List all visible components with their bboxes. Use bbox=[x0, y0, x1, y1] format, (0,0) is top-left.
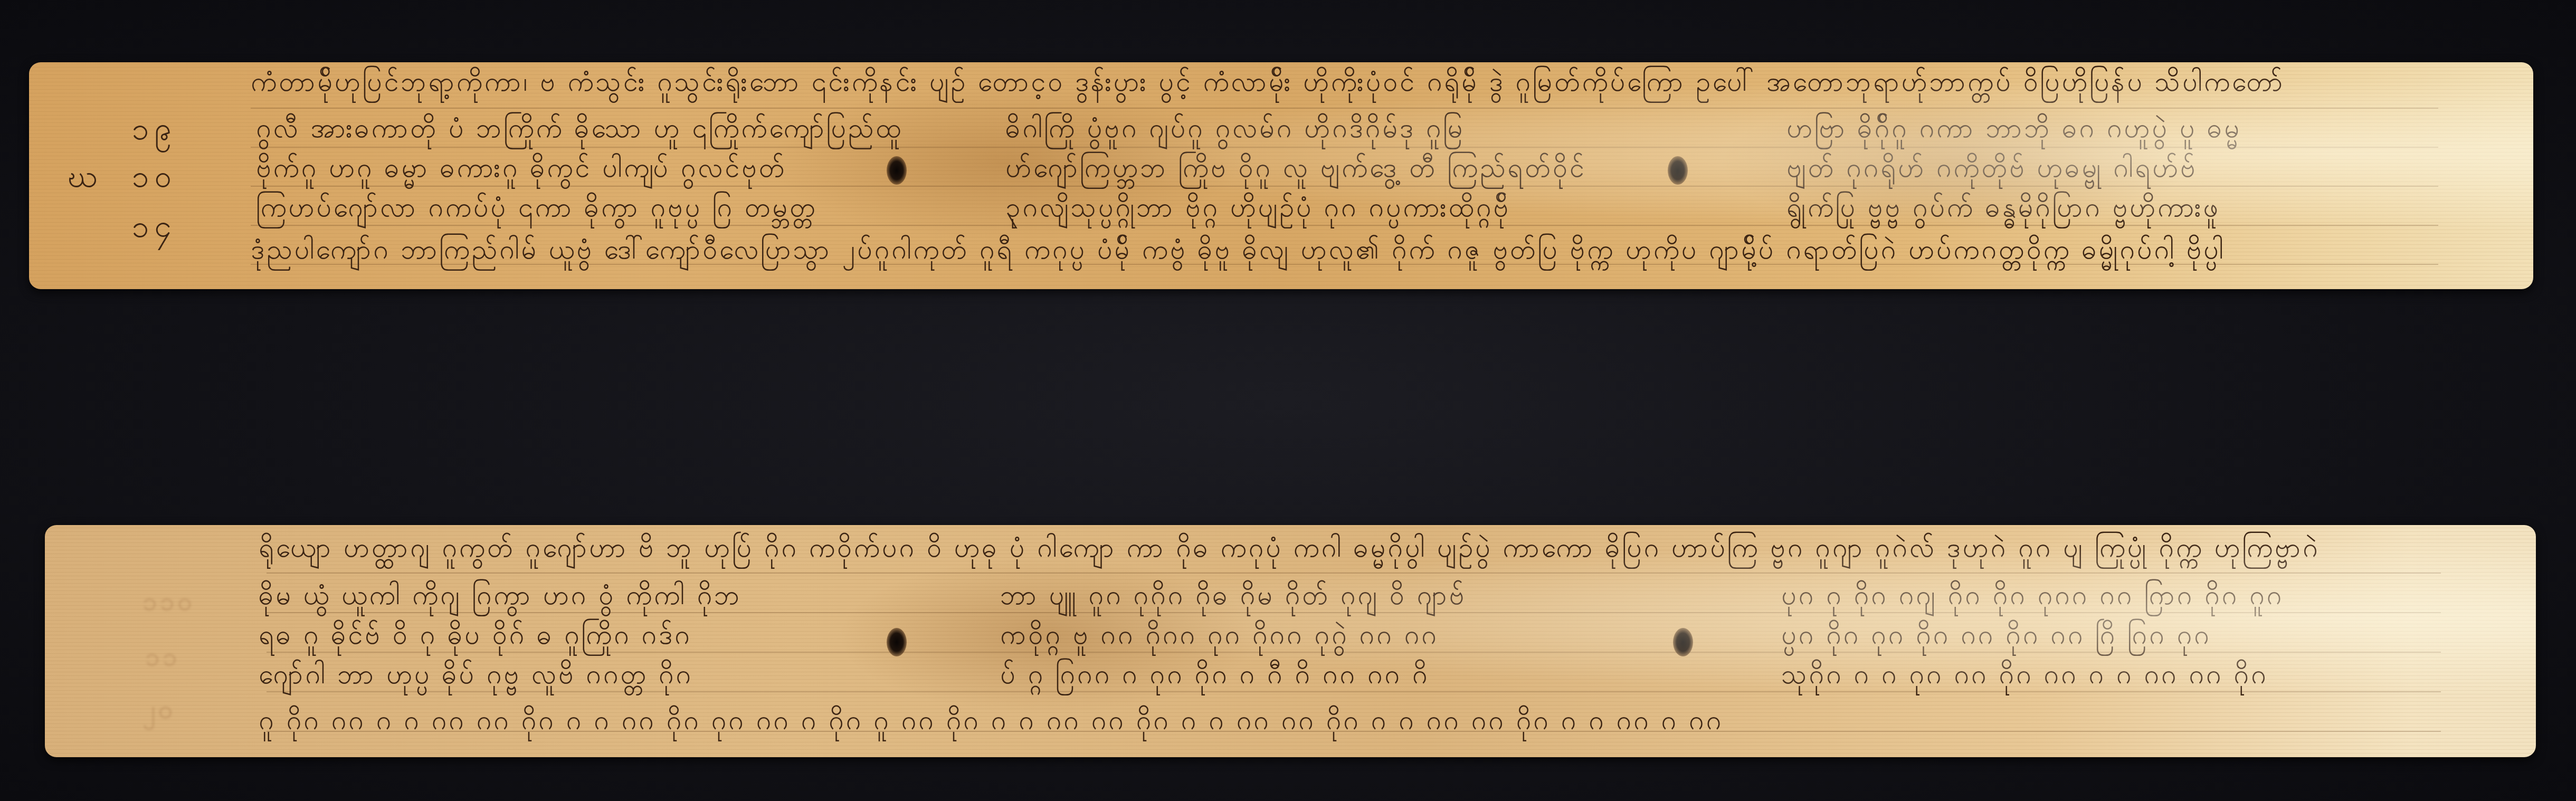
ruling-line bbox=[267, 691, 2441, 692]
text-line: ပ် ဂ္ဂ ဂြဂဂ ဂ ဂုဂ ဂိုဂ ဂ ဂီ ဂိ ဂဂ ဂဂ ဂိ bbox=[1000, 661, 1429, 688]
text-line: ဟ်ဂျော်ကြဟ္ဘဘ ကြိုဗ ဝိုဂူ လူ ဗျက်ဒွေ့ တီ… bbox=[1005, 155, 1586, 181]
text-line: ဂူ ဂိုဂ ဂဂ ဂ ဂ ဂဂ ဂဂ ဂိုဂ ဂ ဂ ဂဂ ဂိုဂ ဂု… bbox=[259, 707, 1723, 733]
text-line: ဂျော်ဂါ ဘာ ဟုပ္ပ ဓိုပ် ဂုဗ္ဗ လူဗိ ဂဂတ္တ … bbox=[259, 661, 693, 688]
text-line: ကြဟပ်ဂျော်လာ ဂကပ်ပုံ ၎ကာ ဓိုကွာ ဂူဗုပ္ပ … bbox=[256, 194, 818, 221]
margin-ghost-numeral: ၁၁ bbox=[145, 641, 180, 678]
ruling-line bbox=[251, 225, 2438, 226]
text-line: ဂာဝိုဂ္ဂ ဗူ ဂဂ ဂိုဂဂ ဂုဂ ဂိုဂဂ ဂုဂွဲ ဂဂ … bbox=[1000, 622, 1439, 648]
text-line: ဂွလီ အားဓကာတို ပံ ဘကြိုက် ဓိုသော ဟူ ၎ကြိ… bbox=[256, 115, 903, 141]
text-line: သုဂိုဂ ဂ ဂ ဂုဂ ဂဂ ဂိုဂ ဂဂ ဂ ဂ ဂဂ ဂဂ ဂိုဂ bbox=[1781, 661, 2268, 688]
text-line: ပုဂ ဂု ဂိုဂ ဂဂျ ဂိုဂ ဂိုဂ ဂုဂဂ ဂဂ ဂြာဂ ဂ… bbox=[1781, 582, 2284, 608]
text-line: ကံတာမ်ိုဟုပြင်ဘုရာ့ကိုကာ၊ ဗ ကံသွင်း ဂူသွ… bbox=[251, 69, 2285, 95]
string-hole bbox=[1673, 628, 1693, 656]
margin-ghost-numeral: ၂၀ bbox=[142, 694, 176, 731]
margin-numeral: ၁၉ bbox=[132, 110, 177, 155]
margin-numeral: ၁၄ bbox=[132, 207, 177, 252]
text-line: ဘာ ပျူ ဂူဂ ဂုဂိုဂ ဂိုဓ ဂိုမ ဂိုတ် ဂုဂျ ဝ… bbox=[1000, 582, 1466, 608]
text-line: ရိုယျော ဟတ္ထာဂျ ဂူကွတ် ဂူဂျော်ဟာ ဗိ ဘူ ဟ… bbox=[259, 535, 2320, 561]
margin-numeral: ၁၀ bbox=[132, 157, 177, 202]
ruling-line bbox=[267, 612, 2441, 613]
string-hole bbox=[1668, 156, 1688, 185]
ruling-line bbox=[251, 147, 2438, 148]
ruling-line bbox=[251, 108, 2438, 109]
text-line: ရွိုက်ပြု ဗ္ဗဗ္ဗ ဂွပ်က် ဓန္ဓမိုဂိုပြာဂ ဗ… bbox=[1786, 194, 2220, 221]
margin-ghost-numeral: ၁၁၀ bbox=[142, 586, 195, 623]
ruling-line bbox=[267, 573, 2441, 574]
text-line: ရဓ ဂူ ဓိုင်ဗ် ဝိ ဂု ဓိုပ ဝိုဂ် ဓ ဂူကြိုဂ… bbox=[259, 622, 692, 648]
ruling-line bbox=[267, 652, 2441, 653]
text-line: ဗိုက်ဂူ ဟဂူ ဓမ္မာ ဓကားဂူ ဓိုကွင် ပါကျပ် … bbox=[256, 155, 786, 181]
string-hole bbox=[887, 156, 907, 185]
ruling-line bbox=[251, 186, 2438, 187]
text-line: ဓိုမ ယွံ ယူကါ ကိုဂျ ဂြကွာ ဟဂ ဝွံ ကိုကါ ဂ… bbox=[259, 582, 742, 608]
text-line: ပ္ပဂ ဂိုဂ ဂုဂ ဂိုဂ ဂဂ ဂိုဂ ဂဂ ဂြိ ဂြဂ ဂု… bbox=[1781, 622, 2211, 648]
palm-leaf-bottom: ၁၁၀ ၁၁ ၂၀ ရိုယျော ဟတ္ထာဂျ ဂူကွတ် ဂူဂျော်… bbox=[45, 525, 2536, 757]
text-line: ဟဗြာ ဓိုဂ်ိုဂူ ဂကာ ဘာဘို ဓဂ ဂဟူပွဲ ပူ ဓမ… bbox=[1786, 115, 2241, 141]
text-line: ဒုံညပါကျော်ဂ ဘာကြည်ဂါမ် ယူဗွံ ဒေါ်ကျော်ဝ… bbox=[251, 236, 2225, 263]
palm-leaf-top: ဃ ၁၉ ၁၀ ၁၄ ကံတာမ်ိုဟုပြင်ဘုရာ့ကိုကာ၊ ဗ က… bbox=[29, 62, 2533, 289]
text-line: ဓိဂါကြို ပွံဗူဂ ဂျပ်ဂူ ဂွလမ်ဂ ဟိုဂဒိဂိုမ… bbox=[1005, 115, 1465, 141]
text-line: ဗျတ် ဂုဂရိုဟ် ဂကိုတိုဗ် ဟုဓမ္ဗု ဂါရဟ်ဗ် bbox=[1786, 155, 2197, 181]
margin-side-letter: ဃ bbox=[68, 157, 103, 202]
text-line: ၃ုဂလျိသုပ္ပဂ္ဂိုဘာ ဗိုဂ္ဂ ဟိုပျဉ်ပုံ ဂုဂ… bbox=[1005, 194, 1510, 221]
string-hole bbox=[887, 628, 907, 656]
